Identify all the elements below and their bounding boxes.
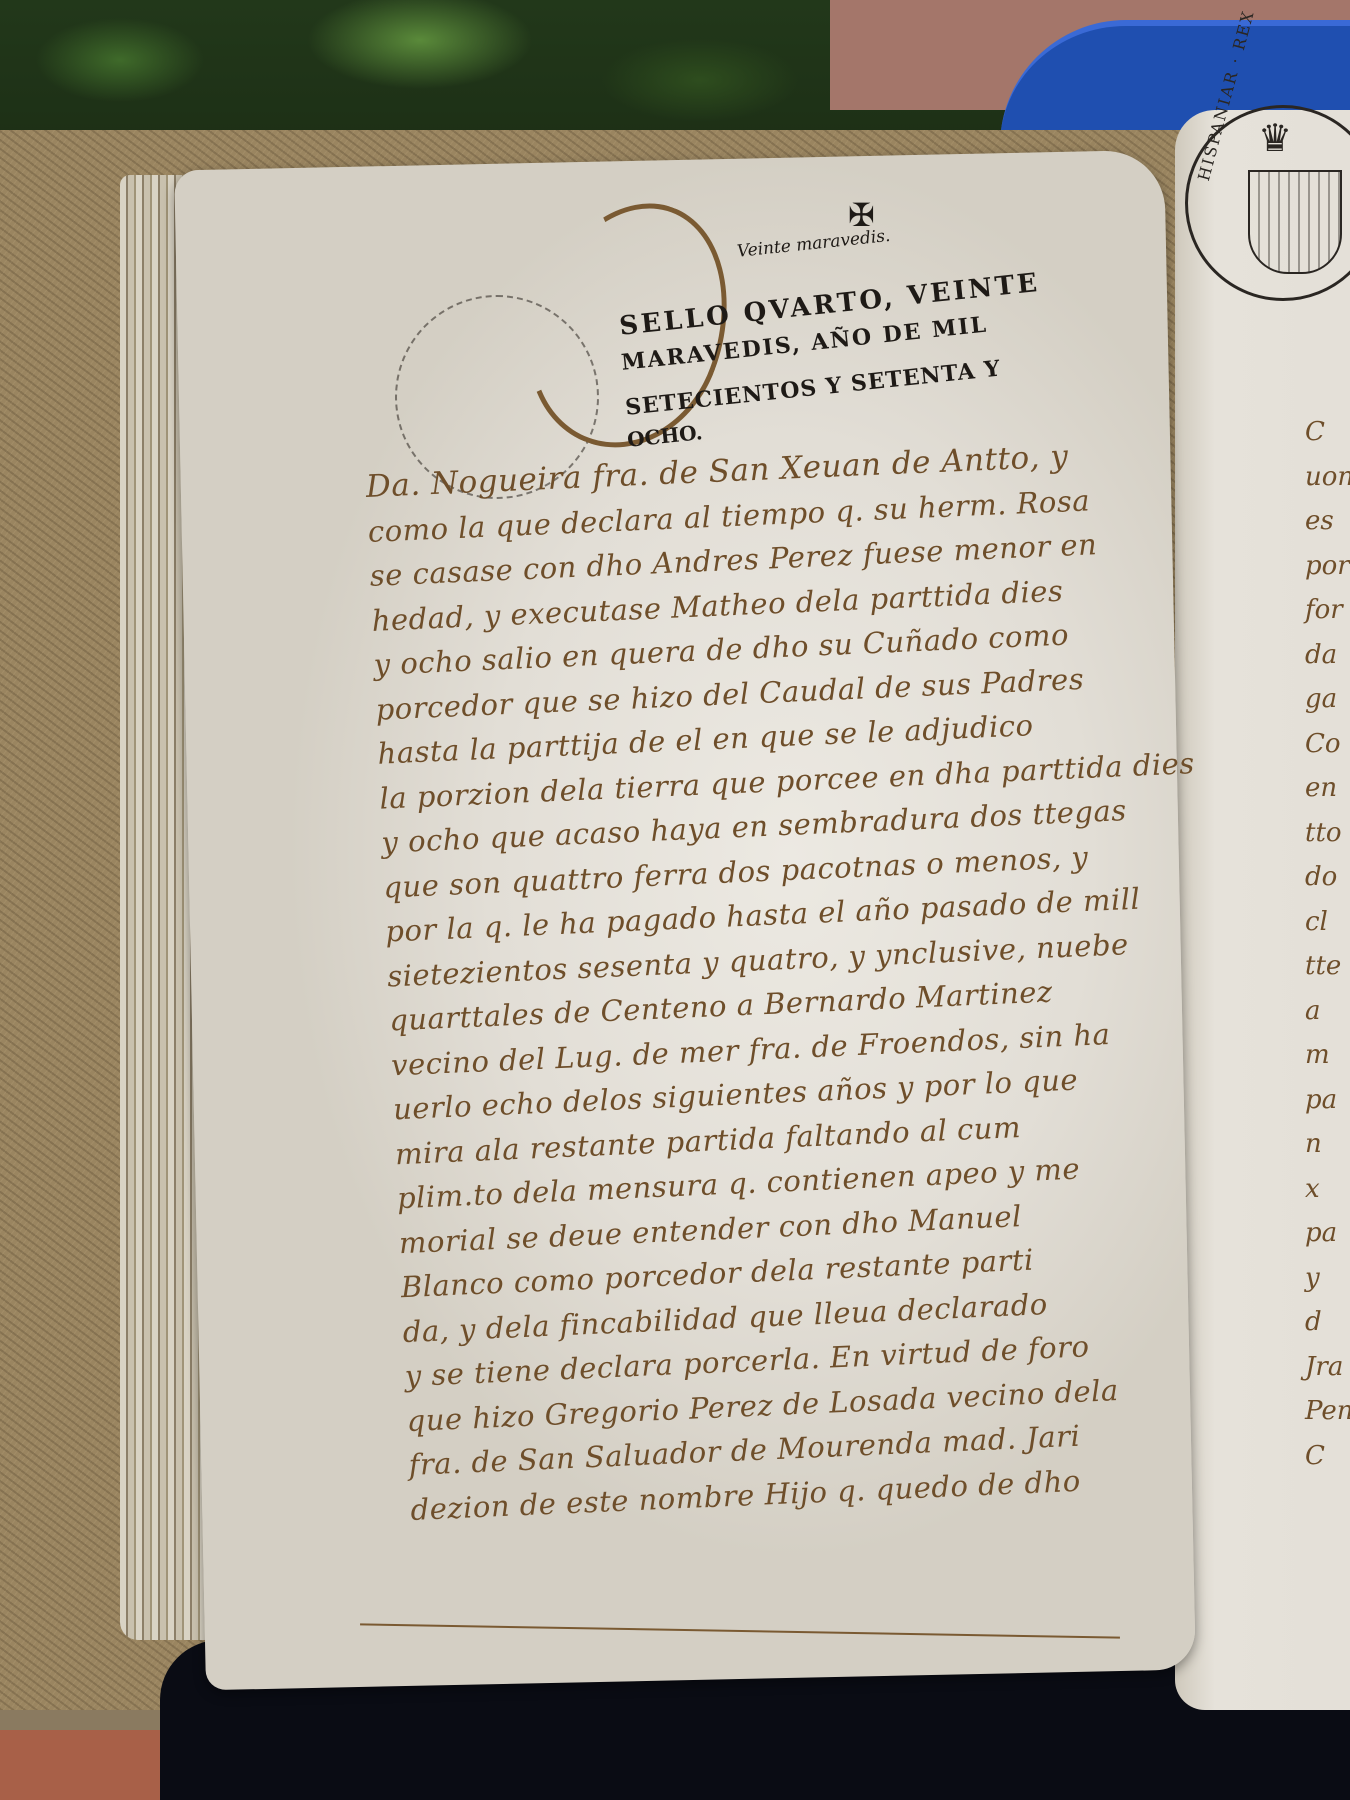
fragment: do xyxy=(1305,855,1350,900)
coat-of-arms-icon xyxy=(1248,170,1342,274)
crown-icon: ♛ xyxy=(1258,116,1294,160)
fragment: ga xyxy=(1305,677,1350,722)
fragment: da xyxy=(1305,633,1350,678)
fragment: cl xyxy=(1305,900,1350,945)
fragment: por xyxy=(1305,544,1350,589)
fragment: Co xyxy=(1305,722,1350,767)
fragment: es xyxy=(1305,499,1350,544)
fragment: for xyxy=(1305,588,1350,633)
fragment: C xyxy=(1305,1434,1350,1479)
fragment: tte xyxy=(1305,944,1350,989)
fragment: tto xyxy=(1305,811,1350,856)
fragment: C xyxy=(1305,410,1350,455)
right-page-fragments: C uon es por for da ga Co en tto do cl t… xyxy=(1305,410,1350,1478)
fragment: n xyxy=(1305,1122,1350,1167)
fragment: uon xyxy=(1305,455,1350,500)
right-page: C uon es por for da ga Co en tto do cl t… xyxy=(1175,110,1350,1710)
fragment: Pen xyxy=(1305,1389,1350,1434)
fragment: en xyxy=(1305,766,1350,811)
manuscript-text: Da. Nogueira fra. de San Xeuan de Antto,… xyxy=(365,431,1201,1532)
fragment: y xyxy=(1305,1256,1350,1301)
fragment: pa xyxy=(1305,1211,1350,1256)
fragment: pa xyxy=(1305,1078,1350,1123)
fragment: Jra xyxy=(1305,1345,1350,1390)
fragment: m xyxy=(1305,1033,1350,1078)
fragment: d xyxy=(1305,1300,1350,1345)
fragment: x xyxy=(1305,1167,1350,1212)
fragment: a xyxy=(1305,989,1350,1034)
